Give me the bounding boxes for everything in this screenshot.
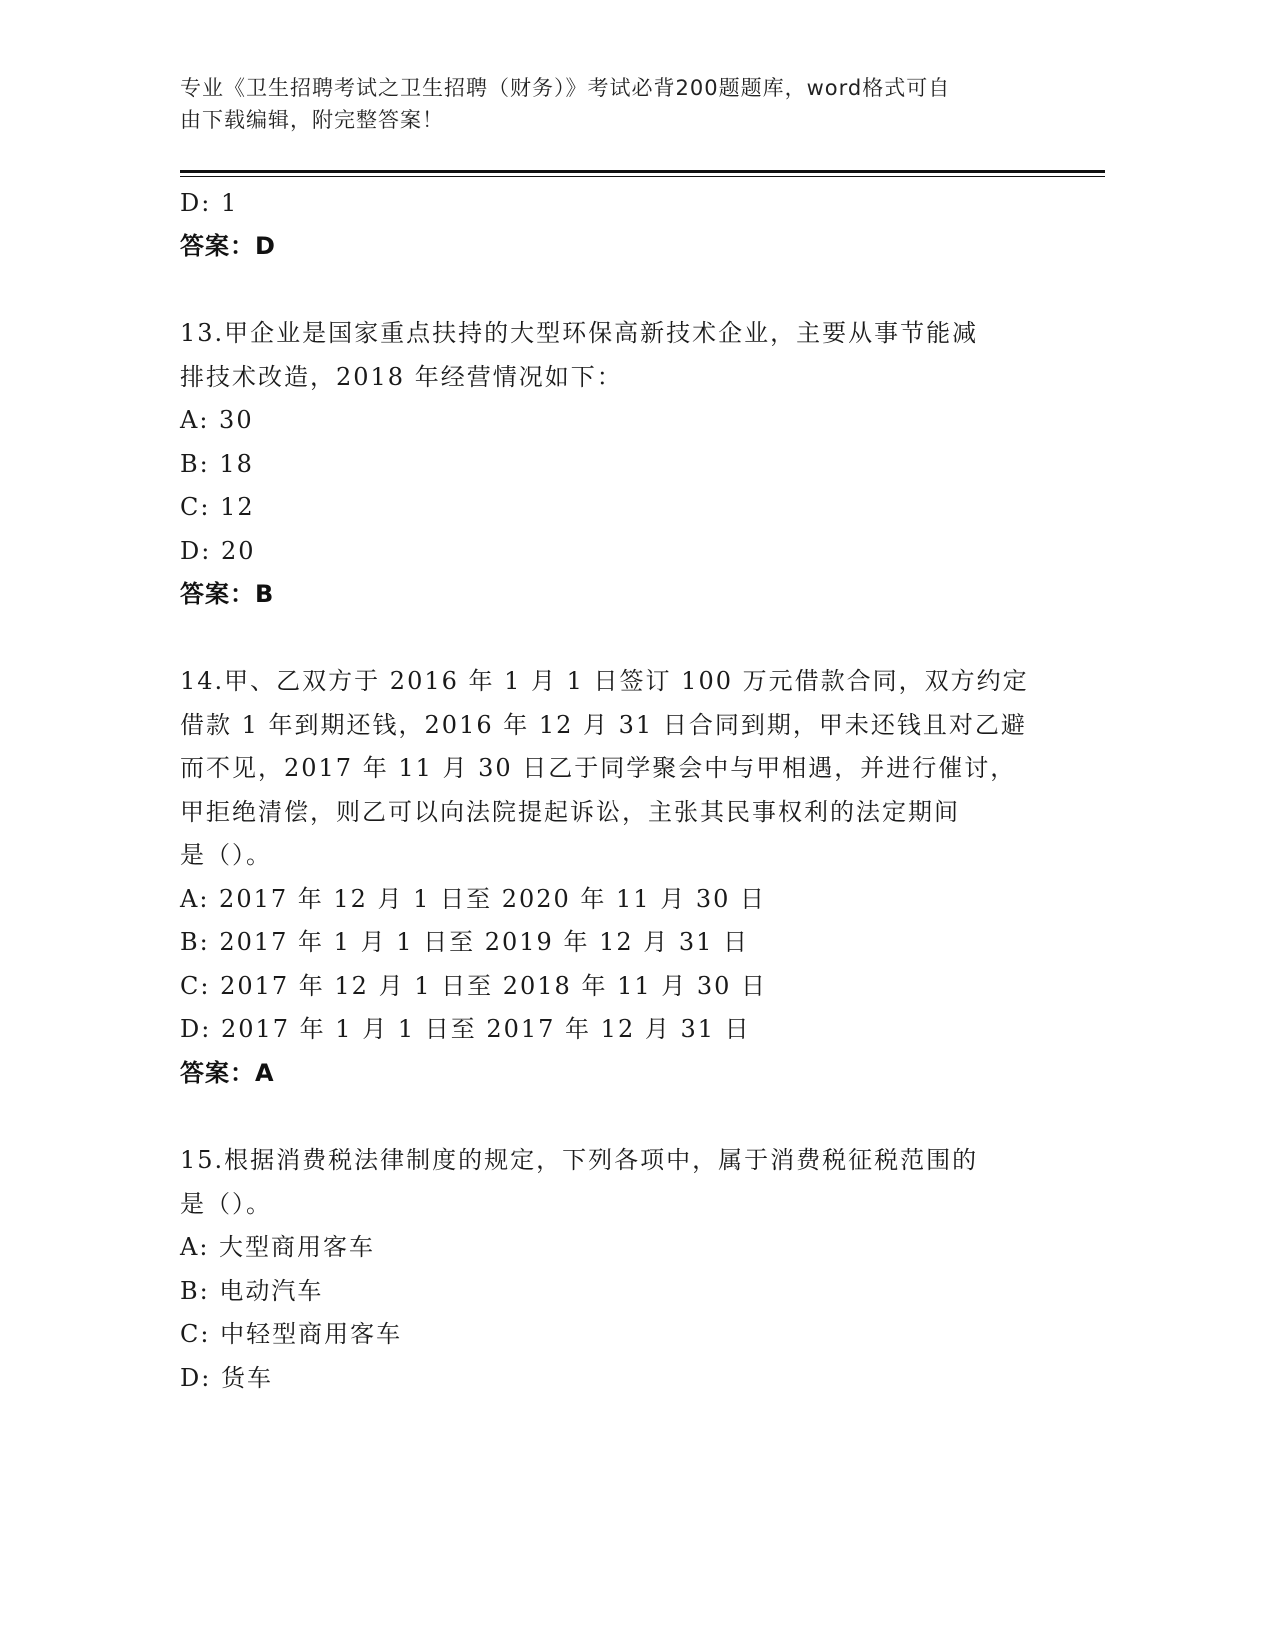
header-line-2: 由下载编辑，附完整答案！ (180, 104, 1040, 136)
header-divider-thick (180, 170, 1105, 173)
prev-option-d: D: 1 (180, 188, 238, 218)
question-stem-line: 而不见，2017 年 11 月 30 日乙于同学聚会中与甲相遇，并进行催讨， (180, 753, 1016, 783)
option-c: C: 2017 年 12 月 1 日至 2018 年 11 月 30 日 (180, 971, 767, 1001)
header-divider-thin (180, 176, 1105, 177)
option-b: B: 18 (180, 449, 254, 479)
prev-answer: 答案：D (180, 231, 276, 261)
question-stem-line: 13.甲企业是国家重点扶持的大型环保高新技术企业，主要从事节能减 (180, 318, 978, 348)
question-stem-line: 甲拒绝清偿，则乙可以向法院提起诉讼，主张其民事权利的法定期间 (180, 797, 960, 827)
option-d: D: 2017 年 1 月 1 日至 2017 年 12 月 31 日 (180, 1014, 751, 1044)
option-d: D: 货车 (180, 1363, 273, 1393)
header-line-1: 专业《卫生招聘考试之卫生招聘（财务）》考试必背200题题库，word格式可自 (180, 72, 1040, 104)
option-b: B: 2017 年 1 月 1 日至 2019 年 12 月 31 日 (180, 927, 749, 957)
answer: 答案：A (180, 1058, 275, 1088)
answer: 答案：B (180, 579, 274, 609)
option-c: C: 12 (180, 492, 255, 522)
option-b: B: 电动汽车 (180, 1276, 323, 1306)
question-stem-line: 14.甲、乙双方于 2016 年 1 月 1 日签订 100 万元借款合同，双方… (180, 666, 1029, 696)
document-header: 专业《卫生招聘考试之卫生招聘（财务）》考试必背200题题库，word格式可自 由… (180, 72, 1040, 136)
option-d: D: 20 (180, 536, 256, 566)
question-stem-line: 排技术改造，2018 年经营情况如下： (180, 362, 623, 392)
option-a: A: 2017 年 12 月 1 日至 2020 年 11 月 30 日 (180, 884, 766, 914)
option-c: C: 中轻型商用客车 (180, 1319, 402, 1349)
question-stem-line: 15.根据消费税法律制度的规定，下列各项中，属于消费税征税范围的 (180, 1145, 978, 1175)
option-a: A: 30 (180, 405, 254, 435)
question-stem-line: 是（）。 (180, 1189, 272, 1219)
question-stem-line: 借款 1 年到期还钱，2016 年 12 月 31 日合同到期，甲未还钱且对乙避 (180, 710, 1027, 740)
option-a: A: 大型商用客车 (180, 1232, 375, 1262)
question-stem-line: 是（）。 (180, 840, 272, 870)
